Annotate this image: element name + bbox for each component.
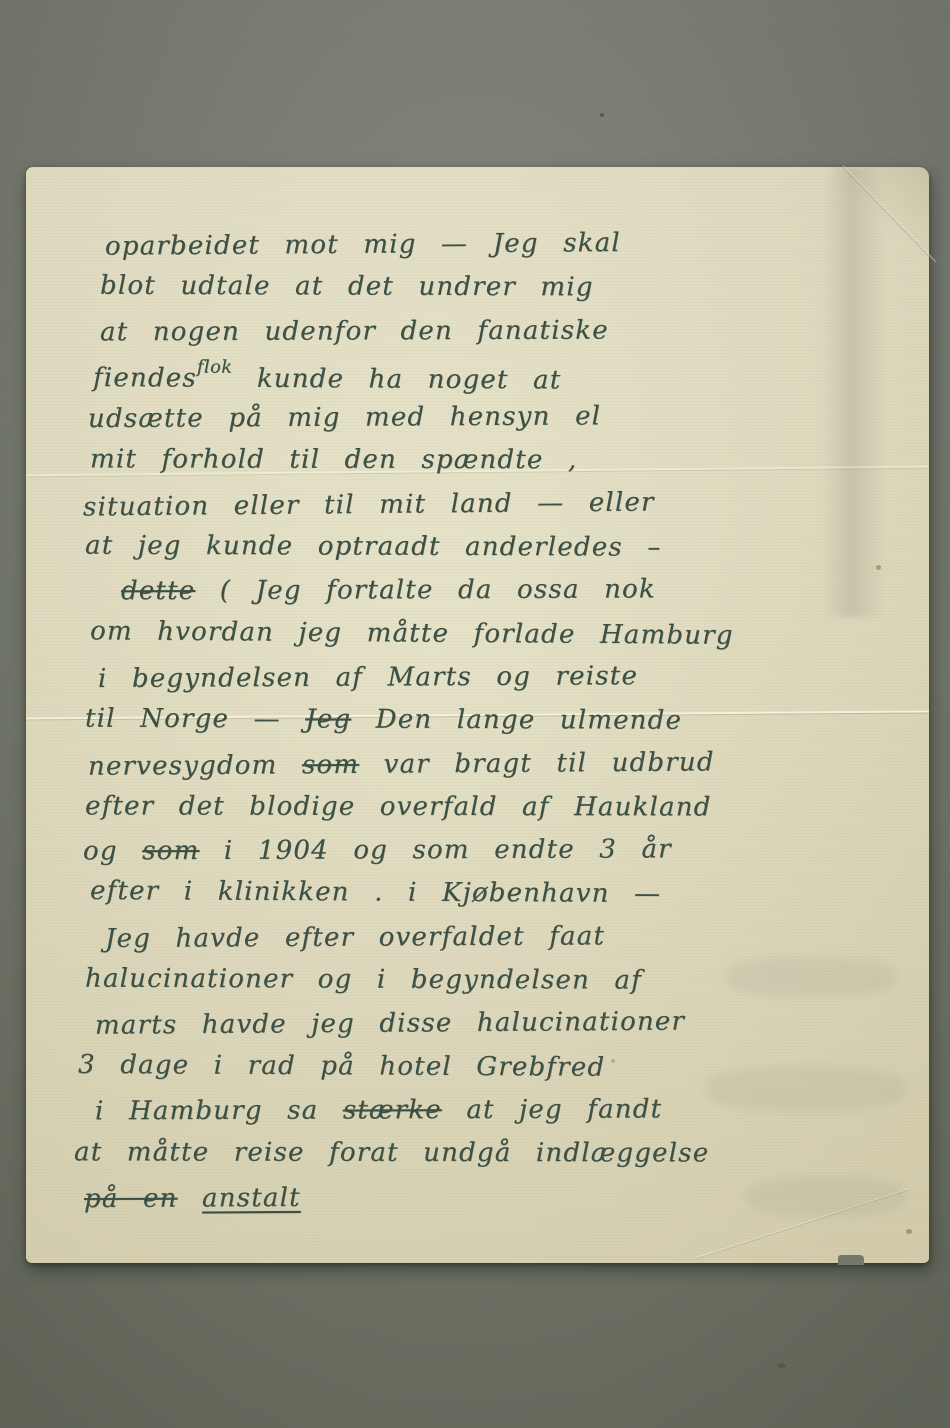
handwritten-text-segment: at jeg kunde optraadt anderledes – bbox=[85, 531, 662, 563]
handwritten-line: at nogen udenfor den fanatiske bbox=[26, 314, 929, 360]
handwritten-text-segment: kunde ha noget at bbox=[232, 364, 561, 396]
handwritten-line: 3 dage i rad på hotel Grebfred bbox=[26, 1049, 929, 1097]
handwritten-text-segment: dette bbox=[121, 576, 195, 606]
handwritten-text-segment: at jeg fandt bbox=[442, 1094, 663, 1125]
handwritten-text-segment: på en bbox=[84, 1183, 178, 1213]
handwritten-text-segment: 3 dage i rad på hotel Grebfred bbox=[78, 1050, 605, 1083]
handwritten-line: Jeg havde efter overfaldet faat bbox=[26, 919, 929, 967]
handwritten-line: og som i 1904 og som endte 3 år bbox=[26, 834, 929, 880]
handwritten-text-segment: som bbox=[302, 749, 359, 779]
handwritten-line: at jeg kunde optraadt anderledes – bbox=[26, 531, 929, 577]
handwritten-text-segment: og bbox=[83, 836, 142, 866]
handwritten-line: i begyndelsen af Marts og reiste bbox=[26, 660, 929, 708]
handwritten-text-segment: udsætte på mig med hensyn el bbox=[88, 402, 601, 435]
handwritten-text-segment: Jeg bbox=[305, 705, 351, 735]
handwritten-line: marts havde jeg disse halucinationer bbox=[26, 1005, 929, 1055]
handwritten-line: oparbeidet mot mig — Jeg skal bbox=[26, 226, 929, 276]
handwritten-text-segment: ( Jeg fortalte da ossa nok bbox=[195, 575, 656, 607]
handwritten-line: fiendesflok kunde ha noget at bbox=[26, 357, 929, 405]
handwriting-block: oparbeidet mot mig — Jeg skalblot udtale… bbox=[26, 229, 929, 1225]
handwritten-text-segment: til Norge — bbox=[85, 704, 305, 735]
handwritten-text-segment: mit forhold til den spændte , bbox=[90, 445, 577, 476]
handwritten-text-segment: stærke bbox=[343, 1095, 442, 1125]
handwritten-line: udsætte på mig med hensyn el bbox=[26, 400, 929, 448]
letter-page: oparbeidet mot mig — Jeg skalblot udtale… bbox=[26, 167, 929, 1263]
handwritten-text-segment: halucinationer og i begyndelsen af bbox=[85, 964, 642, 996]
handwritten-line: halucinationer og i begyndelsen af bbox=[26, 963, 929, 1009]
handwritten-text-segment: at nogen udenfor den fanatiske bbox=[100, 315, 609, 347]
handwritten-text-segment: blot udtale at det undrer mig bbox=[100, 271, 594, 303]
handwritten-line: mit forhold til den spændte , bbox=[26, 445, 929, 490]
handwritten-line: til Norge — Jeg Den lange ulmende bbox=[26, 704, 929, 750]
handwritten-text-segment: Jeg havde efter overfaldet faat bbox=[105, 921, 605, 954]
handwritten-text-segment: marts havde jeg disse halucinationer bbox=[95, 1007, 685, 1041]
handwritten-line: efter det blodige overfald af Haukland bbox=[26, 791, 929, 836]
handwritten-text-segment: efter i klinikken . i Kjøbenhavn — bbox=[90, 876, 661, 909]
handwritten-text-segment: oparbeidet mot mig — Jeg skal bbox=[105, 228, 621, 262]
handwritten-text-segment: Den lange ulmende bbox=[351, 705, 682, 736]
handwritten-text-segment: i Hamburg sa bbox=[95, 1095, 343, 1126]
handwritten-text-segment: i begyndelsen af Marts og reiste bbox=[98, 661, 638, 694]
handwritten-text-segment: flok bbox=[197, 357, 233, 377]
handwritten-text-segment: fiendes bbox=[93, 363, 197, 394]
handwritten-line: efter i klinikken . i Kjøbenhavn — bbox=[26, 876, 929, 924]
handwritten-text-segment: i 1904 og som endte 3 år bbox=[199, 834, 671, 866]
handwritten-text-segment: efter det blodige overfald af Haukland bbox=[85, 791, 712, 822]
handwritten-text-segment: nervesygdom bbox=[88, 750, 302, 781]
handwritten-text-segment: som bbox=[142, 836, 199, 866]
stain-dot bbox=[906, 1229, 912, 1234]
handwritten-text-segment: anstalt bbox=[202, 1182, 301, 1213]
handwritten-text-segment bbox=[177, 1183, 202, 1213]
handwritten-line: nervesygdom som var bragt til udbrud bbox=[26, 745, 929, 795]
handwritten-text-segment: var bragt til udbrud bbox=[359, 747, 715, 779]
handwritten-text-segment: om hvordan jeg måtte forlade Hamburg bbox=[90, 616, 734, 650]
background-fleck bbox=[600, 113, 604, 117]
background-fleck bbox=[777, 1363, 786, 1368]
handwritten-text-segment: at måtte reise forat undgå indlæggelse bbox=[74, 1138, 709, 1169]
handwritten-text-segment: situation eller til mit land — eller bbox=[83, 487, 655, 522]
handwritten-line: på en anstalt bbox=[26, 1179, 929, 1227]
handwritten-line: om hvordan jeg måtte forlade Hamburg bbox=[26, 616, 929, 666]
handwritten-line: dette ( Jeg fortalte da ossa nok bbox=[26, 574, 929, 620]
handwritten-line: i Hamburg sa stærke at jeg fandt bbox=[26, 1093, 929, 1139]
handwritten-line: at måtte reise forat undgå indlæggelse bbox=[26, 1137, 929, 1182]
handwritten-line: blot udtale at det undrer mig bbox=[26, 271, 929, 317]
paper-tear-nick bbox=[838, 1255, 864, 1265]
handwritten-line: situation eller til mit land — eller bbox=[26, 485, 929, 536]
